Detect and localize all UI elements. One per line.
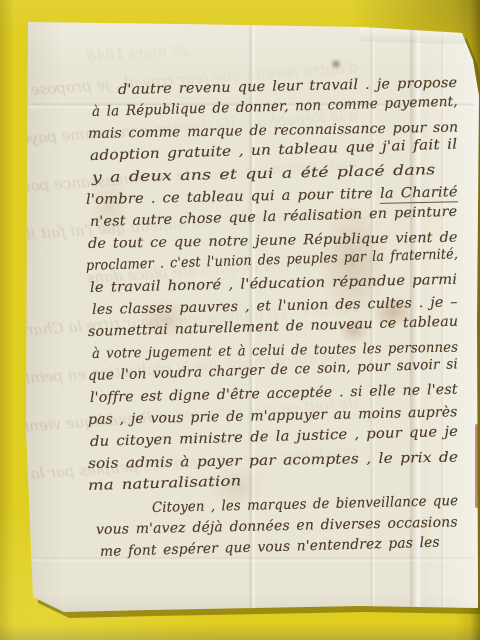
- manuscript-line: y a deux ans et qui a été placé dans: [92, 162, 436, 186]
- underlined-phrase: la Charité: [380, 184, 458, 204]
- manuscript-line: sois admis à payer par acomptes , le pri…: [88, 450, 458, 472]
- manuscript-line: soumettrai naturellement de nouveau ce t…: [88, 314, 459, 340]
- manuscript-line: Citoyen , les marques de bienveillance q…: [152, 493, 459, 516]
- manuscript-line: ma naturalisation: [88, 473, 242, 494]
- manuscript-line: du citoyen ministre de la justice , pour…: [90, 424, 459, 450]
- letter-paper: 29 mars 1848 d'autre revenu que leur tra…: [0, 0, 480, 640]
- manuscript-line: le travail honoré , l'éducation répandue…: [90, 272, 458, 296]
- manuscript-line: l'offre est digne d'être acceptée . si e…: [90, 382, 458, 406]
- manuscript-line: n'est autre chose que la réalisation en …: [90, 204, 458, 230]
- manuscript-line: vous m'avez déjà données en diverses occ…: [96, 514, 458, 538]
- manuscript-line: me font espérer que vous n'entendrez pas…: [100, 535, 440, 560]
- manuscript-line: à la République de donner, non comme pay…: [92, 94, 458, 120]
- manuscript-text-layer: d'autre revenu que leur travail . je pro…: [0, 0, 480, 640]
- red-edge-mark: [475, 424, 478, 508]
- photo-background: 29 mars 1848 d'autre revenu que leur tra…: [0, 0, 480, 640]
